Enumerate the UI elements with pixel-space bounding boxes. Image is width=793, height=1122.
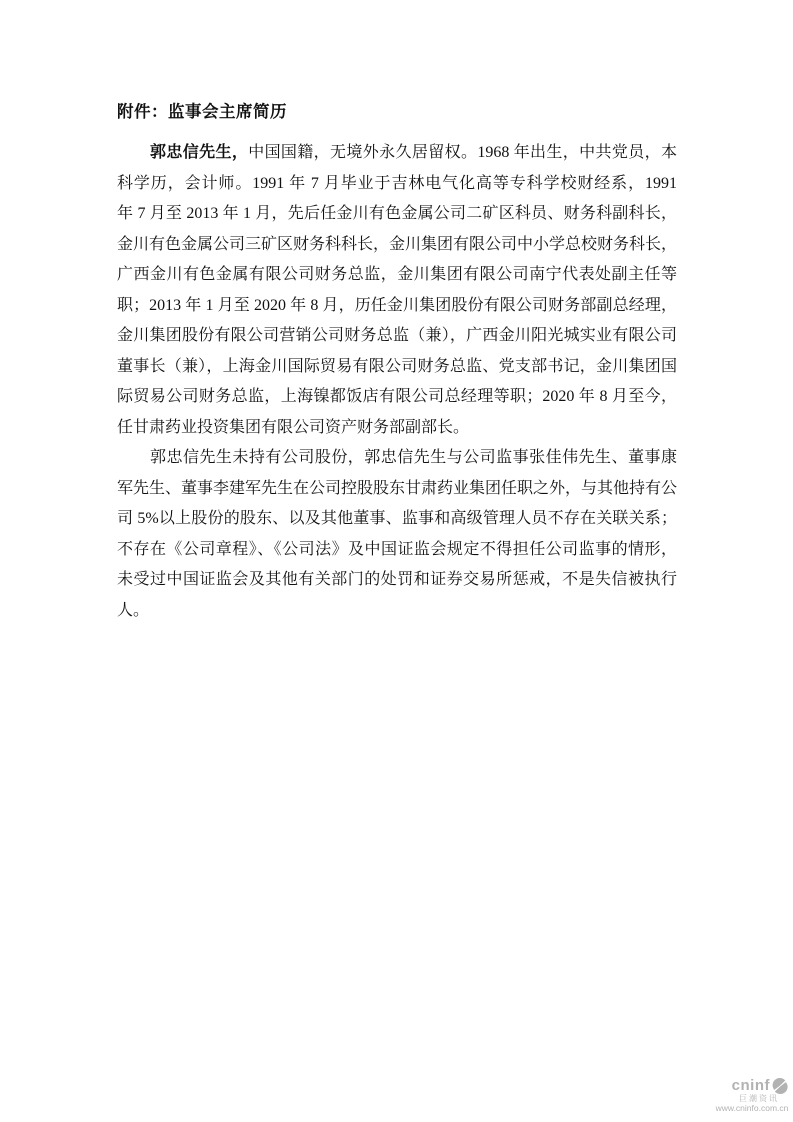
cninfo-logo: cninf [714, 1078, 790, 1094]
bio-line: 际贸易公司财务总监，上海镍都饭店有限公司总经理等职；2020 年 8 月至今， [117, 382, 677, 413]
disclosure-line: 人。 [117, 596, 677, 627]
cninfo-url: www.cninfo.com.cn [714, 1104, 790, 1113]
bio-line: 郭忠信先生，中国国籍，无境外永久居留权。1968 年出生，中共党员，本 [117, 138, 677, 169]
disclosure-line: 司 5%以上股份的股东、以及其他董事、监事和高级管理人员不存在关联关系； [117, 504, 677, 535]
bio-line: 金川有色金属公司三矿区财务科科长，金川集团有限公司中小学总校财务科长， [117, 230, 677, 261]
bio-line: 科学历，会计师。1991 年 7 月毕业于吉林电气化高等专科学校财经系，1991 [117, 169, 677, 200]
person-name: 郭忠信先生， [150, 144, 248, 161]
bio-line: 金川集团股份有限公司营销公司财务总监（兼），广西金川阳光城实业有限公司 [117, 321, 677, 352]
bio-line: 任甘肃药业投资集团有限公司资产财务部副部长。 [117, 413, 677, 444]
cninfo-watermark: cninf 巨潮资讯 www.cninfo.com.cn [714, 1078, 790, 1113]
cninfo-swirl-icon [771, 1078, 789, 1094]
document-body: 附件：监事会主席简历 郭忠信先生，中国国籍，无境外永久居留权。1968 年出生，… [117, 100, 677, 626]
disclosure-line: 未受过中国证监会及其他有关部门的处罚和证券交易所惩戒，不是失信被执行 [117, 565, 677, 596]
bio-line-text: 中国国籍，无境外永久居留权。1968 年出生，中共党员，本 [248, 144, 677, 161]
disclosure-line: 不存在《公司章程》、《公司法》及中国证监会规定不得担任公司监事的情形， [117, 535, 677, 566]
attachment-title: 附件：监事会主席简历 [117, 100, 677, 124]
disclosure-line: 军先生、董事李建军先生在公司控股股东甘肃药业集团任职之外，与其他持有公 [117, 474, 677, 505]
cninfo-brand-chinese: 巨潮资讯 [714, 1095, 790, 1103]
document-page: 附件：监事会主席简历 郭忠信先生，中国国籍，无境外永久居留权。1968 年出生，… [0, 0, 793, 1122]
bio-line: 董事长（兼），上海金川国际贸易有限公司财务总监、党支部书记，金川集团国 [117, 352, 677, 383]
bio-line: 广西金川有色金属有限公司财务总监，金川集团有限公司南宁代表处副主任等 [117, 260, 677, 291]
disclosure-line: 郭忠信先生未持有公司股份，郭忠信先生与公司监事张佳伟先生、董事康海 [117, 443, 677, 474]
bio-line: 职；2013 年 1 月至 2020 年 8 月，历任金川集团股份有限公司财务部… [117, 291, 677, 322]
bio-line: 年 7 月至 2013 年 1 月，先后任金川有色金属公司二矿区科员、财务科副科… [117, 199, 677, 230]
cninfo-brand-text: cninf [732, 1078, 770, 1094]
